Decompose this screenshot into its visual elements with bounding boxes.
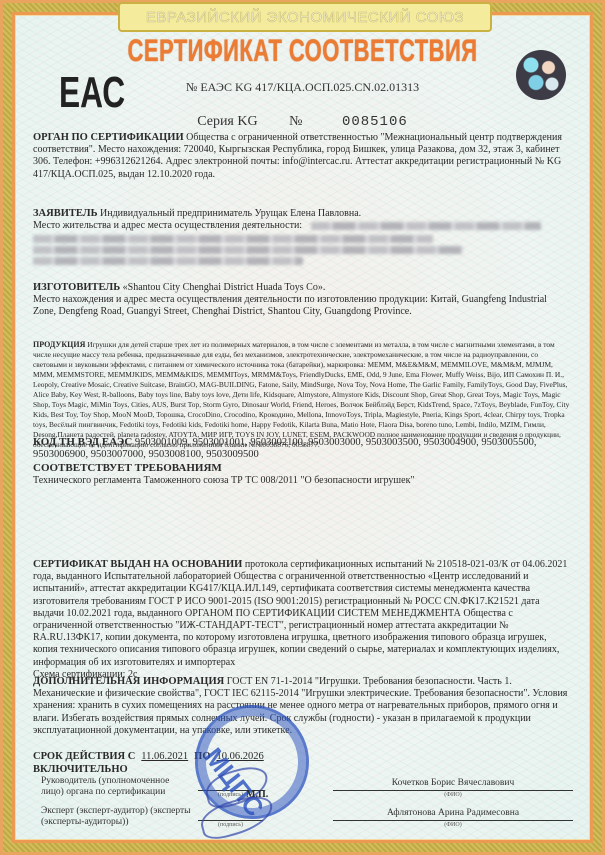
expert-name-caption: (ФИО) [333, 822, 573, 828]
certificate-content: ЕАС СЕРТИФИКАТ СООТВЕТСТВИЯ № ЕАЭС KG 41… [33, 0, 572, 855]
hologram-sticker-icon [516, 50, 566, 100]
expert-name: Афлятонова Арина Радимесовна [333, 808, 573, 819]
series-no-sign: № [289, 114, 302, 129]
certificate-sheet: Евразийский экономический союз ЕАС СЕРТИ… [0, 0, 605, 855]
series-row: Серия KG № 0085106 [33, 114, 572, 130]
head-name-line [333, 790, 573, 791]
manufacturer-label: ИЗГОТОВИТЕЛЬ [33, 282, 120, 293]
series-label: Серия KG [197, 114, 257, 129]
manufacturer-address: Место нахождения и адрес места осуществл… [33, 294, 547, 317]
manufacturer-text: «Shantou City Chenghai District Huada To… [123, 282, 326, 293]
compliance-label: СООТВЕТСТВУЕТ ТРЕБОВАНИЯМ [33, 462, 222, 474]
product-section: ПРОДУКЦИЯ Игрушки для детей старше трех … [33, 340, 572, 450]
union-banner: Евразийский экономический союз [118, 2, 492, 32]
head-name-caption: (ФИО) [333, 792, 573, 798]
certificate-title: СЕРТИФИКАТ СООТВЕТСТВИЯ [65, 33, 539, 69]
redacted-address [33, 246, 463, 254]
tnved-label: КОД ТН ВЭД ЕАЭС [33, 436, 132, 448]
basis-text: протокола сертификационных испытаний № 2… [33, 559, 567, 668]
product-label: ПРОДУКЦИЯ [33, 340, 85, 349]
applicant-label: ЗАЯВИТЕЛЬ [33, 208, 98, 219]
seal-mark: М.П. [246, 789, 268, 800]
certification-body-section: ОРГАН ПО СЕРТИФИКАЦИИ Общества с огранич… [33, 132, 572, 181]
validity-date-from: 11.06.2021 [135, 751, 194, 762]
basis-label: СЕРТИФИКАТ ВЫДАН НА ОСНОВАНИИ [33, 559, 242, 570]
additional-info-label: ДОПОЛНИТЕЛЬНАЯ ИНФОРМАЦИЯ [33, 676, 224, 687]
series-number: 0085106 [342, 114, 408, 130]
compliance-section: СООТВЕТСТВУЕТ ТРЕБОВАНИЯМ Технического р… [33, 462, 572, 487]
manufacturer-section: ИЗГОТОВИТЕЛЬ «Shantou City Chenghai Dist… [33, 282, 572, 319]
head-role: Руководитель (уполномоченное лицо) орган… [41, 776, 181, 798]
compliance-text: Технического регламента Таможенного союз… [33, 475, 415, 486]
applicant-section: ЗАЯВИТЕЛЬ Индивидуальный предприниматель… [33, 208, 572, 268]
tnved-section: КОД ТН ВЭД ЕАЭС 9503001009, 9503001001, … [33, 436, 572, 461]
basis-section: СЕРТИФИКАТ ВЫДАН НА ОСНОВАНИИ протокола … [33, 559, 572, 681]
applicant-text: Индивидуальный предприниматель Урущак Ел… [100, 208, 361, 219]
redacted-address [311, 222, 541, 230]
validity-inclusive: ВКЛЮЧИТЕЛЬНО [33, 764, 128, 775]
expert-name-line [333, 820, 573, 821]
expert-role: Эксперт (эксперт-аудитор) (эксперты (экс… [41, 806, 191, 828]
redacted-address [33, 235, 433, 243]
product-text: Игрушки для детей старше трех лет из пол… [33, 340, 569, 449]
redacted-address [33, 257, 303, 265]
head-name: Кочетков Борис Вячеславович [333, 778, 573, 789]
validity-from-label: СРОК ДЕЙСТВИЯ С [33, 751, 135, 762]
certificate-number: № ЕАЭС KG 417/КЦА.ОСП.025.CN.02.01313 [33, 80, 572, 95]
applicant-address-label: Место жительства и адрес места осуществл… [33, 220, 302, 231]
additional-info-section: ДОПОЛНИТЕЛЬНАЯ ИНФОРМАЦИЯ ГОСТ EN 71-1-2… [33, 676, 572, 737]
certification-body-label: ОРГАН ПО СЕРТИФИКАЦИИ [33, 132, 184, 143]
